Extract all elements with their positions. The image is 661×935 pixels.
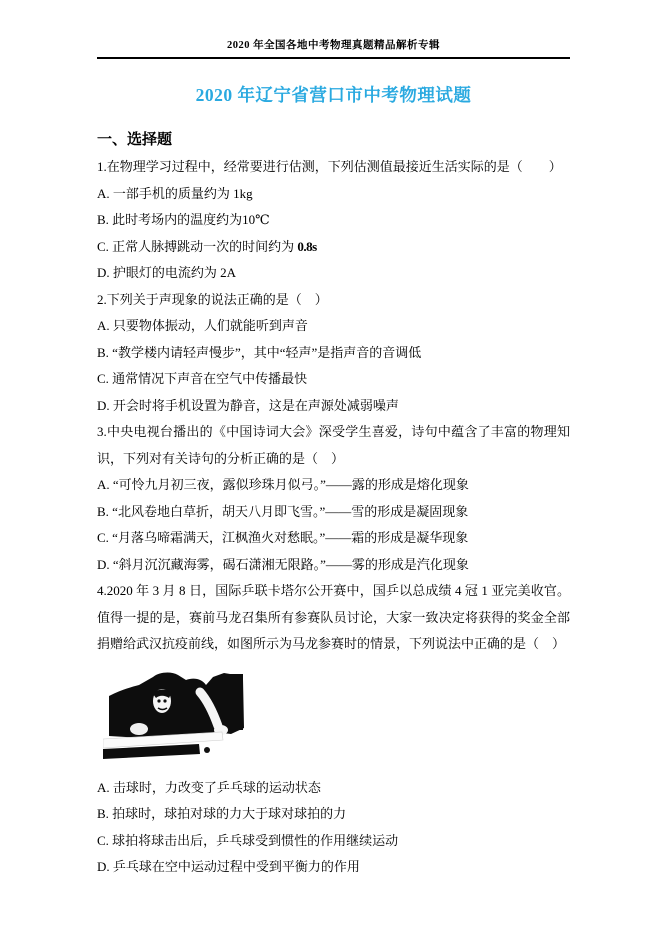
question-3-stem: 3.中央电视台播出的《中国诗词大会》深受学生喜爱，诗句中蕴含了丰富的物理知识，下… <box>97 419 570 472</box>
table-tennis-player-photo <box>103 670 251 763</box>
question-1-option-a: A. 一部手机的质量约为 1kg <box>97 181 570 208</box>
question-4-stem: 4.2020 年 3 月 8 日，国际乒联卡塔尔公开赛中，国乒以总成绩 4 冠 … <box>97 578 570 658</box>
question-2: 2.下列关于声现象的说法正确的是（ ） A. 只要物体振动，人们就能听到声音 B… <box>97 287 570 420</box>
question-3-option-c: C. “月落乌啼霜满天，江枫渔火对愁眠。”——霜的形成是凝华现象 <box>97 525 570 552</box>
question-3-option-a: A. “可怜九月初三夜，露似珍珠月似弓。”——露的形成是熔化现象 <box>97 472 570 499</box>
question-1-option-b: B. 此时考场内的温度约为10℃ <box>97 207 570 234</box>
section-heading: 一、选择题 <box>97 127 570 154</box>
question-4-option-c: C. 球拍将球击出后，乒乓球受到惯性的作用继续运动 <box>97 828 570 855</box>
document-page: 2020 年全国各地中考物理真题精品解析专辑 2020 年辽宁省营口市中考物理试… <box>0 0 661 881</box>
question-1-option-c: C. 正常人脉搏跳动一次的时间约为 0.8s <box>97 234 570 261</box>
header-rule <box>97 57 570 59</box>
question-2-option-a: A. 只要物体振动，人们就能听到声音 <box>97 313 570 340</box>
question-3: 3.中央电视台播出的《中国诗词大会》深受学生喜爱，诗句中蕴含了丰富的物理知识，下… <box>97 419 570 578</box>
question-1-option-d: D. 护眼灯的电流约为 2A <box>97 260 570 287</box>
page-title: 2020 年辽宁省营口市中考物理试题 <box>97 82 570 107</box>
question-1-stem: 1.在物理学习过程中，经常要进行估测，下列估测值最接近生活实际的是（ ） <box>97 154 570 181</box>
question-4-figure <box>103 670 251 763</box>
question-3-option-d: D. “斜月沉沉藏海雾，碣石潇湘无限路。”——雾的形成是汽化现象 <box>97 552 570 579</box>
question-2-option-c: C. 通常情况下声音在空气中传播最快 <box>97 366 570 393</box>
question-2-option-d: D. 开会时将手机设置为静音，这是在声源处减弱噪声 <box>97 393 570 420</box>
question-2-option-b: B. “教学楼内请轻声慢步”，其中“轻声”是指声音的音调低 <box>97 340 570 367</box>
question-3-option-b: B. “北风卷地白草折，胡天八月即飞雪。”——雪的形成是凝固现象 <box>97 499 570 526</box>
series-header-text: 2020 年全国各地中考物理真题精品解析专辑 <box>97 0 570 52</box>
question-2-stem: 2.下列关于声现象的说法正确的是（ ） <box>97 287 570 314</box>
question-1: 1.在物理学习过程中，经常要进行估测，下列估测值最接近生活实际的是（ ） A. … <box>97 154 570 287</box>
question-4-option-b: B. 拍球时，球拍对球的力大于球对球拍的力 <box>97 801 570 828</box>
question-4: 4.2020 年 3 月 8 日，国际乒联卡塔尔公开赛中，国乒以总成绩 4 冠 … <box>97 578 570 881</box>
question-4-option-a: A. 击球时，力改变了乒乓球的运动状态 <box>97 775 570 802</box>
question-4-option-d: D. 乒乓球在空中运动过程中受到平衡力的作用 <box>97 854 570 881</box>
